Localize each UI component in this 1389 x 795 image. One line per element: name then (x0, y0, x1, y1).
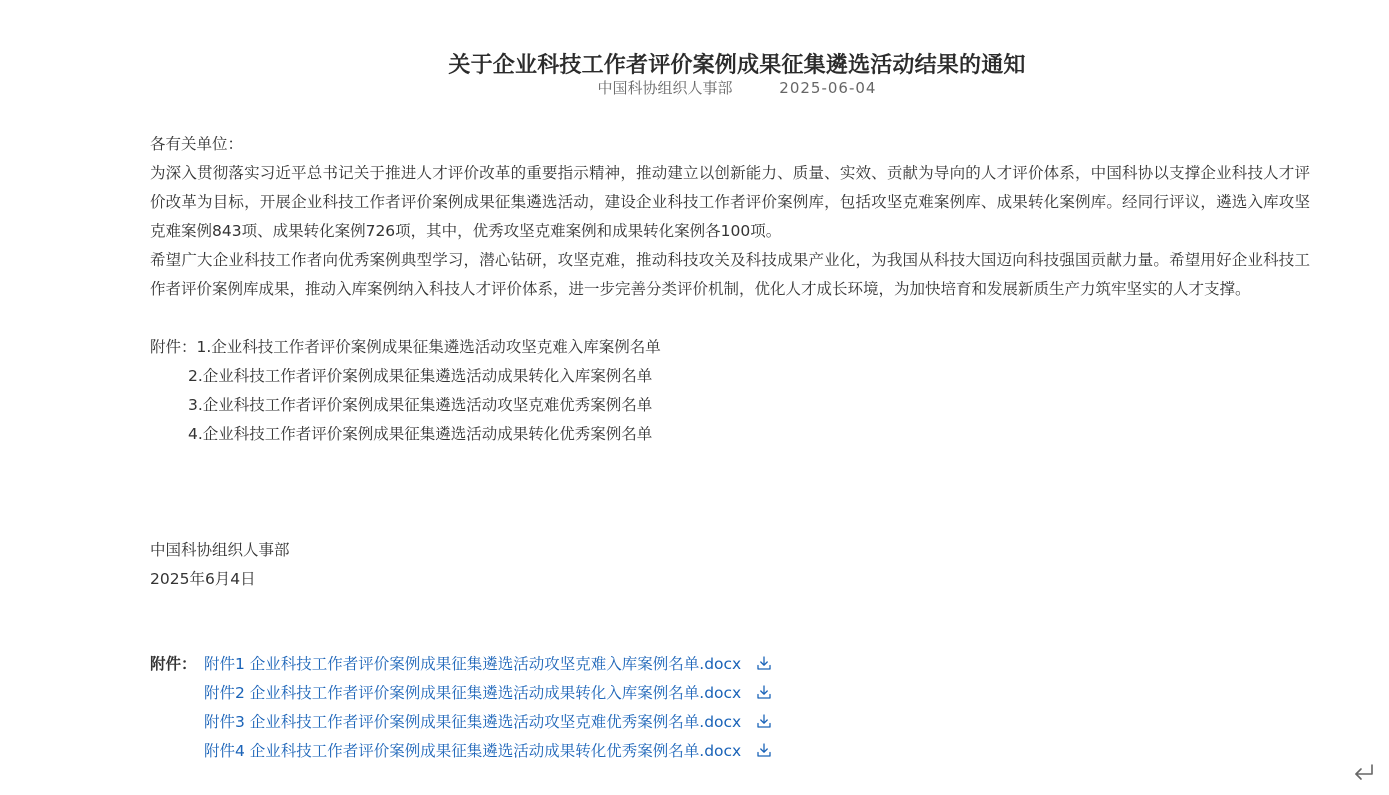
article-source: 中国科协组织人事部 (598, 79, 733, 97)
download-item: 附件1 企业科技工作者评价案例成果征集遴选活动攻坚克难入库案例名单.docx (204, 650, 772, 679)
download-icon[interactable] (756, 655, 772, 671)
body-paragraph: 希望广大企业科技工作者向优秀案例典型学习，潜心钻研，攻坚克难，推动科技攻关及科技… (150, 246, 1310, 304)
attachment-list-label: 附件： (150, 338, 197, 356)
attachment-title: 2.企业科技工作者评价案例成果征集遴选活动成果转化入库案例名单 (188, 367, 652, 385)
article-date: 2025-06-04 (779, 79, 876, 97)
signature-org: 中国科协组织人事部 (150, 536, 1310, 565)
download-section: 附件： 附件1 企业科技工作者评价案例成果征集遴选活动攻坚克难入库案例名单.do… (150, 650, 772, 766)
download-link[interactable]: 附件1 企业科技工作者评价案例成果征集遴选活动攻坚克难入库案例名单.docx (204, 655, 741, 673)
attachment-title: 3.企业科技工作者评价案例成果征集遴选活动攻坚克难优秀案例名单 (188, 396, 652, 414)
download-link[interactable]: 附件2 企业科技工作者评价案例成果征集遴选活动成果转化入库案例名单.docx (204, 684, 741, 702)
body-paragraph: 为深入贯彻落实习近平总书记关于推进人才评价改革的重要指示精神，推动建立以创新能力… (150, 159, 1310, 246)
download-item: 附件4 企业科技工作者评价案例成果征集遴选活动成果转化优秀案例名单.docx (204, 737, 772, 766)
salutation: 各有关单位： (150, 130, 1310, 159)
attachment-list-item: 附件：1.企业科技工作者评价案例成果征集遴选活动攻坚克难入库案例名单 (150, 333, 1310, 362)
download-link[interactable]: 附件4 企业科技工作者评价案例成果征集遴选活动成果转化优秀案例名单.docx (204, 742, 741, 760)
attachment-title: 4.企业科技工作者评价案例成果征集遴选活动成果转化优秀案例名单 (188, 425, 652, 443)
signature-date: 2025年6月4日 (150, 565, 1310, 594)
download-icon[interactable] (756, 713, 772, 729)
attachment-title: 1.企业科技工作者评价案例成果征集遴选活动攻坚克难入库案例名单 (197, 338, 661, 356)
download-icon[interactable] (756, 742, 772, 758)
article-meta: 中国科协组织人事部 2025-06-04 (0, 77, 1389, 99)
attachment-list-item: 4.企业科技工作者评价案例成果征集遴选活动成果转化优秀案例名单 (150, 420, 1310, 449)
download-item: 附件3 企业科技工作者评价案例成果征集遴选活动攻坚克难优秀案例名单.docx (204, 708, 772, 737)
download-list: 附件1 企业科技工作者评价案例成果征集遴选活动攻坚克难入库案例名单.docx 附… (150, 650, 772, 766)
download-label: 附件： (150, 650, 197, 679)
attachment-list: 附件：1.企业科技工作者评价案例成果征集遴选活动攻坚克难入库案例名单 2.企业科… (150, 333, 1310, 449)
download-icon[interactable] (756, 684, 772, 700)
attachment-list-item: 3.企业科技工作者评价案例成果征集遴选活动攻坚克难优秀案例名单 (150, 391, 1310, 420)
enter-return-icon[interactable] (1352, 762, 1376, 782)
download-item: 附件2 企业科技工作者评价案例成果征集遴选活动成果转化入库案例名单.docx (204, 679, 772, 708)
download-link[interactable]: 附件3 企业科技工作者评价案例成果征集遴选活动攻坚克难优秀案例名单.docx (204, 713, 741, 731)
article-body: 各有关单位： 为深入贯彻落实习近平总书记关于推进人才评价改革的重要指示精神，推动… (150, 130, 1310, 594)
attachment-list-item: 2.企业科技工作者评价案例成果征集遴选活动成果转化入库案例名单 (150, 362, 1310, 391)
